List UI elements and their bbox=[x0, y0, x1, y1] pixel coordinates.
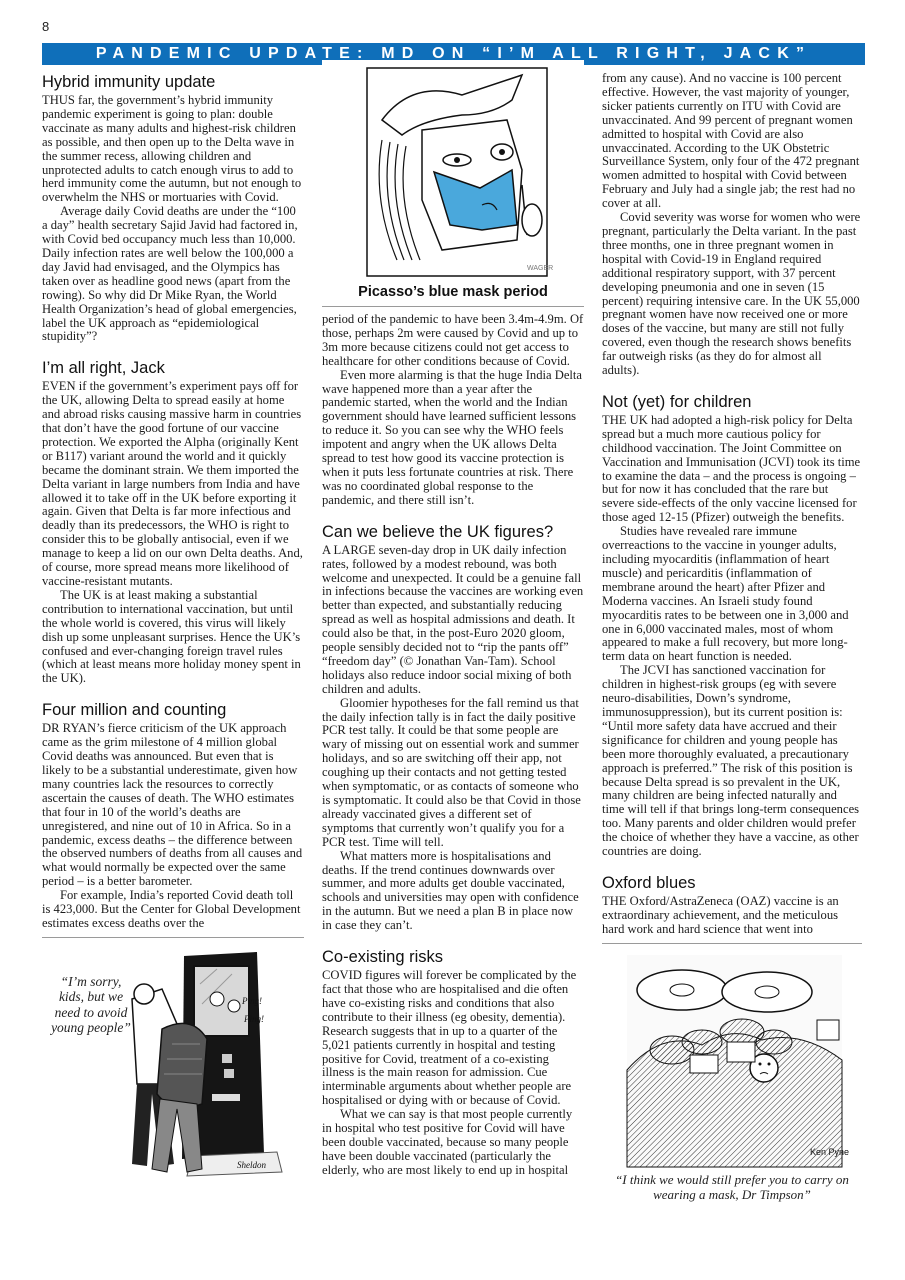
column-1: Hybrid immunity update THUS far, the gov… bbox=[42, 72, 304, 1184]
svg-text:Ping!: Ping! bbox=[243, 1014, 264, 1024]
divider bbox=[322, 306, 584, 307]
paragraph: Studies have revealed rare immune overre… bbox=[602, 525, 862, 664]
heading-not-yet-children: Not (yet) for children bbox=[602, 392, 862, 412]
svg-text:WAGER: WAGER bbox=[527, 265, 553, 272]
column-3: from any cause). And no vaccine is 100 p… bbox=[602, 72, 862, 1202]
picasso-mask-illustration: WAGER bbox=[322, 60, 584, 282]
paragraph: Covid severity was worse for women who w… bbox=[602, 211, 862, 378]
paragraph: COVID figures will forever be complicate… bbox=[322, 969, 584, 1108]
svg-text:Sheldon: Sheldon bbox=[237, 1160, 266, 1170]
heading-uk-figures: Can we believe the UK figures? bbox=[322, 522, 584, 542]
column-2: WAGER Picasso’s blue mask period period … bbox=[322, 60, 584, 1178]
paragraph: What matters more is hospitalisations an… bbox=[322, 850, 584, 933]
paragraph: from any cause). And no vaccine is 100 p… bbox=[602, 72, 862, 211]
cartoon-door: “I’m sorry, kids, but we need to avoid y… bbox=[42, 944, 304, 1184]
cartoon-surgery-illustration: Ken Pyne bbox=[602, 950, 862, 1172]
heading-hybrid-immunity: Hybrid immunity update bbox=[42, 72, 304, 92]
divider bbox=[602, 943, 862, 944]
paragraph: The JCVI has sanctioned vaccination for … bbox=[602, 664, 862, 859]
paragraph: A LARGE seven-day drop in UK daily infec… bbox=[322, 544, 584, 697]
cartoon-picasso: WAGER bbox=[322, 60, 584, 282]
page-number: 8 bbox=[42, 19, 49, 34]
paragraph: period of the pandemic to have been 3.4m… bbox=[322, 313, 584, 369]
paragraph: THE Oxford/AstraZeneca (OAZ) vaccine is … bbox=[602, 895, 862, 937]
paragraph: Even more alarming is that the huge Indi… bbox=[322, 369, 584, 508]
paragraph: Average daily Covid deaths are under the… bbox=[42, 205, 304, 344]
paragraph: DR RYAN’s fierce criticism of the UK app… bbox=[42, 722, 304, 889]
paragraph: For example, India’s reported Covid deat… bbox=[42, 889, 304, 931]
heading-all-right-jack: I’m all right, Jack bbox=[42, 358, 304, 378]
heading-coexisting-risks: Co-existing risks bbox=[322, 947, 584, 967]
cartoon-door-illustration: Ping! Ping! Sheldon bbox=[42, 944, 304, 1184]
paragraph: THUS far, the government’s hybrid immuni… bbox=[42, 94, 304, 205]
paragraph: THE UK had adopted a high-risk policy fo… bbox=[602, 414, 862, 525]
heading-four-million: Four million and counting bbox=[42, 700, 304, 720]
heading-oxford-blues: Oxford blues bbox=[602, 873, 862, 893]
svg-text:Ken Pyne: Ken Pyne bbox=[810, 1147, 849, 1157]
cartoon-surgery: Ken Pyne bbox=[602, 950, 862, 1172]
divider bbox=[42, 937, 304, 938]
paragraph: What we can say is that most people curr… bbox=[322, 1108, 584, 1178]
paragraph: EVEN if the government’s experiment pays… bbox=[42, 380, 304, 589]
cartoon-caption: Picasso’s blue mask period bbox=[322, 284, 584, 300]
paragraph: The UK is at least making a substantial … bbox=[42, 589, 304, 686]
paragraph: Gloomier hypotheses for the fall remind … bbox=[322, 697, 584, 850]
cartoon-caption: “I think we would still prefer you to ca… bbox=[602, 1172, 862, 1202]
svg-text:Ping!: Ping! bbox=[241, 996, 262, 1006]
